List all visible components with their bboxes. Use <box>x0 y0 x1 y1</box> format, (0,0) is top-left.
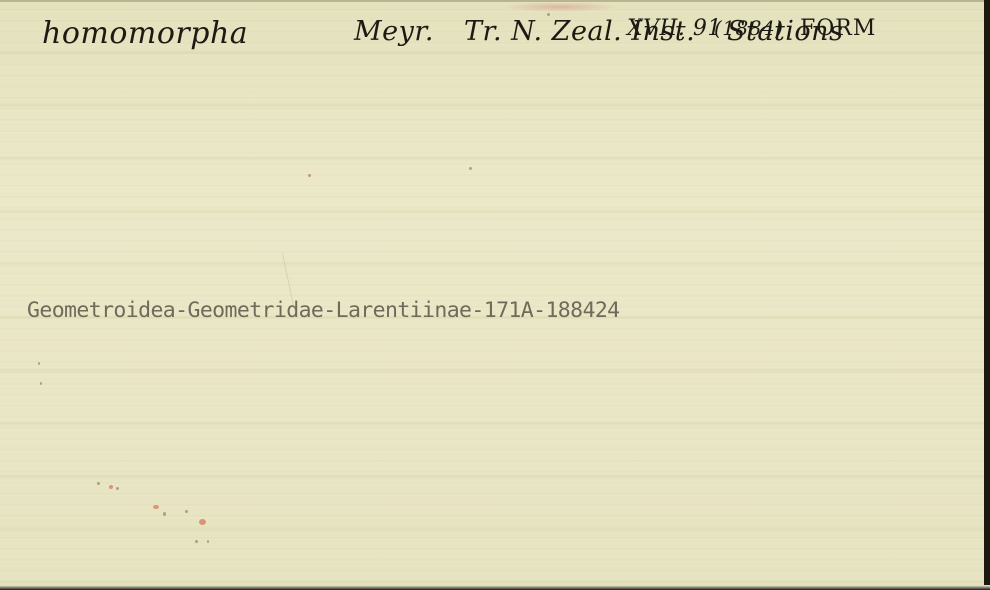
red-stain <box>199 519 206 525</box>
red-stain <box>153 505 159 509</box>
red-stain <box>109 485 113 489</box>
speck <box>97 482 100 485</box>
scan-border-bottom <box>0 585 990 590</box>
author-abbreviation: Meyr. <box>354 16 434 47</box>
speck <box>469 167 472 170</box>
speck <box>185 510 188 513</box>
handwritten-citation: homomorpha Meyr. Tr. N. Zeal. Inst. XVII… <box>42 16 922 66</box>
top-edge-stain <box>500 2 620 12</box>
speck <box>308 174 311 177</box>
speck <box>195 540 198 543</box>
speck <box>116 487 119 490</box>
speck <box>163 512 166 516</box>
species-name: homomorpha <box>42 16 248 51</box>
volume-page: XVII. 91 <box>627 16 722 41</box>
index-card: homomorpha Meyr. Tr. N. Zeal. Inst. XVII… <box>0 0 986 586</box>
status-note: FORM <box>800 16 876 41</box>
speck <box>207 540 209 543</box>
typed-classification: Geometroidea-Geometridae-Larentiinae-171… <box>27 298 620 323</box>
speck <box>38 362 40 365</box>
speck <box>40 382 42 385</box>
speck <box>547 13 550 16</box>
scan-border-right <box>984 0 990 590</box>
